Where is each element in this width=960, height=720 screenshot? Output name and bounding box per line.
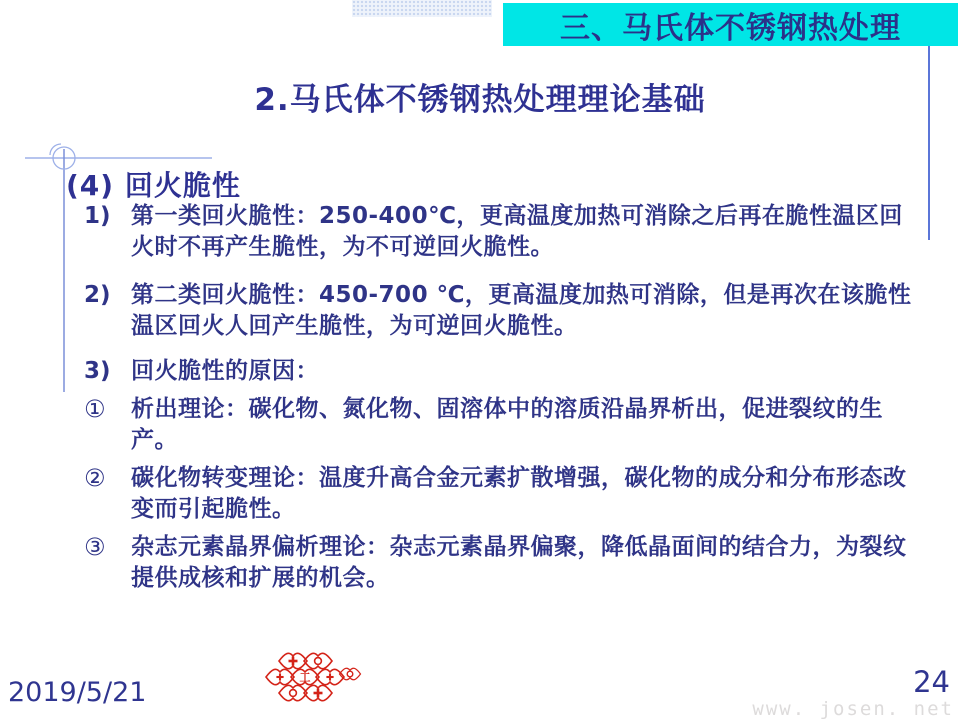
list-item-marker: ② [84,463,131,494]
list-item-text: 第一类回火脆性：250-400℃，更高温度加热可消除之后再在脆性温区回火时不再产… [131,201,922,263]
list-item-text: 杂志元素晶界偏析理论：杂志元素晶界偏聚，降低晶面间的结合力，为裂纹提供成核和扩展… [131,532,922,594]
list-item-marker: 2) [84,280,131,311]
dotted-border-strip [352,0,492,17]
list-item-marker: 1) [84,201,131,232]
list-item-text: 回火脆性的原因： [131,356,922,387]
watermark-text: www. josen. net [752,698,954,720]
section-heading: (4) 回火脆性 [66,164,241,204]
slide-date: 2019/5/21 [8,677,146,708]
list-item: ② 碳化物转变理论：温度升高合金元素扩散增强，碳化物的成分和分布形态改变而引起脆… [84,463,922,525]
list-item: 1) 第一类回火脆性：250-400℃，更高温度加热可消除之后再在脆性温区回火时… [84,201,922,263]
page-number: 24 [913,665,950,699]
list-item-text: 析出理论：碳化物、氮化物、固溶体中的溶质沿晶界析出，促进裂纹的生产。 [131,394,922,456]
list-item: ③ 杂志元素晶界偏析理论：杂志元素晶界偏聚，降低晶面间的结合力，为裂纹提供成核和… [84,532,922,594]
list-item: ① 析出理论：碳化物、氮化物、固溶体中的溶质沿晶界析出，促进裂纹的生产。 [84,394,922,456]
banner-title: 三、马氏体不锈钢热处理 [560,3,901,47]
list-item-marker: ① [84,394,131,425]
list-item-marker: 3) [84,356,131,387]
university-seal-logo-icon: 工 [258,650,362,718]
list-item-text: 碳化物转变理论：温度升高合金元素扩散增强，碳化物的成分和分布形态改变而引起脆性。 [131,463,922,525]
list-item-marker: ③ [84,532,131,563]
slide-header-banner: 三、马氏体不锈钢热处理 [503,3,958,46]
slide-title: 2.马氏体不锈钢热处理理论基础 [0,74,960,119]
svg-text:工: 工 [300,671,311,684]
body-text-list: 1) 第一类回火脆性：250-400℃，更高温度加热可消除之后再在脆性温区回火时… [84,201,922,594]
list-item: 2) 第二类回火脆性：450-700 ℃，更高温度加热可消除，但是再次在该脆性温… [84,280,922,342]
list-item-text: 第二类回火脆性：450-700 ℃，更高温度加热可消除，但是再次在该脆性温区回火… [131,280,922,342]
list-item: 3) 回火脆性的原因： [84,356,922,387]
